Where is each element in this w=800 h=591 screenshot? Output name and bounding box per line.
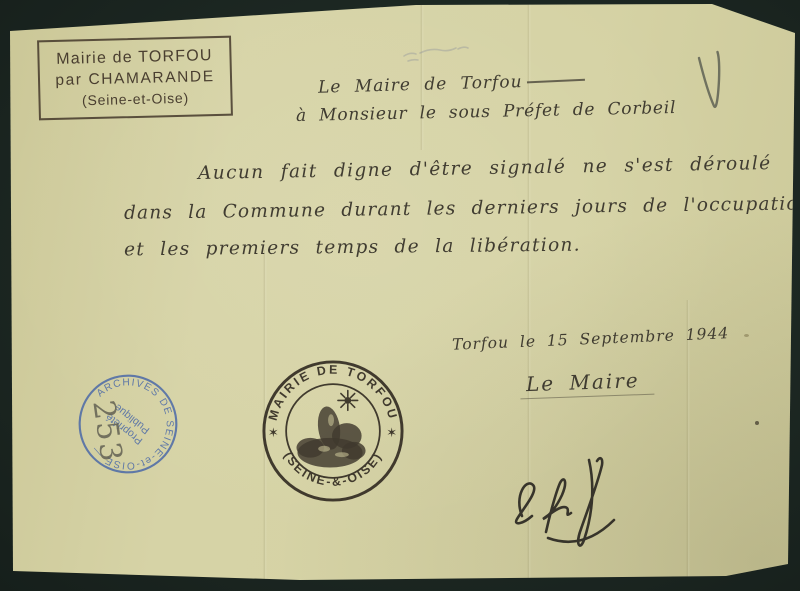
letter-body-line-3: et les premiers temps de la libération. [124, 235, 581, 261]
letter-sender-text: Le Maire de Torfou [318, 72, 523, 98]
letter-recipient-line: à Monsieur le sous Préfet de Corbeil [296, 98, 677, 126]
faint-pencil-scribble [398, 40, 490, 66]
pen-flourish [526, 79, 584, 84]
stamp-line: (Seine-et-Oise) [82, 90, 189, 109]
stamp-line: Mairie de TORFOU [56, 47, 213, 69]
signer-title: Le Maire [520, 368, 655, 400]
stamp-line: par CHAMARANDE [55, 68, 215, 90]
pencil-check-mark [692, 48, 744, 114]
mairie-address-stamp: Mairie de TORFOU par CHAMARANDE (Seine-e… [37, 36, 233, 121]
paper-speck [96, 16, 101, 21]
place-and-date: Torfou le 15 Septembre 1944 [452, 324, 730, 354]
document-paper: Mairie de TORFOU par CHAMARANDE (Seine-e… [0, 0, 800, 591]
round-stamp-star-right: ✶ [386, 425, 397, 440]
round-stamp-emblem [296, 391, 365, 468]
paper-speck [744, 334, 749, 337]
mayor-signature [492, 452, 662, 556]
paper-speck [755, 421, 759, 425]
scan-background: Mairie de TORFOU par CHAMARANDE (Seine-e… [0, 0, 800, 591]
letter-sender-line: Le Maire de Torfou [318, 70, 585, 97]
letter-body-line-2: dans la Commune durant les derniers jour… [124, 193, 800, 224]
letter-body-line-1: Aucun fait digne d'être signalé ne s'est… [198, 153, 772, 184]
mairie-round-stamp: MAIRIE DE TORFOU (SEINE-&-OISE) ✶ ✶ [259, 357, 407, 505]
round-stamp-star-left: ✶ [268, 425, 279, 440]
